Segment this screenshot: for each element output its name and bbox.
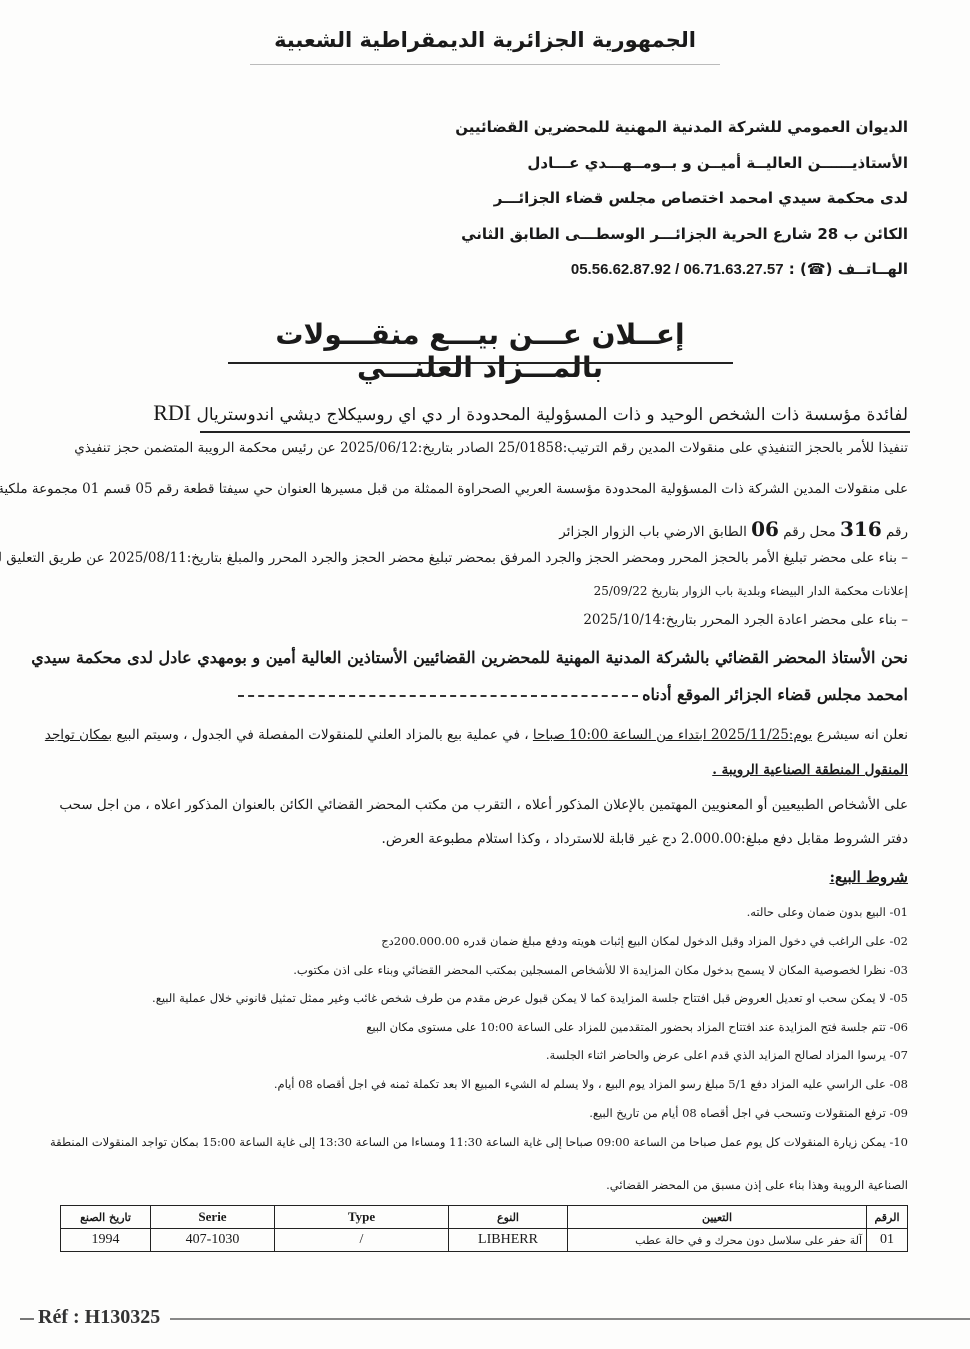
page-title: إعــلان عـــن بيـــع منقـــولات بالمـــز… — [220, 318, 740, 384]
body-line: – بناء على محضر تبليغ الأمر بالحجز المحر… — [58, 550, 908, 566]
cell-brand: LIBHERR — [449, 1229, 568, 1252]
declaration-line: نحن الأستاذ المحضر القضائي بالشركة المدن… — [58, 648, 908, 667]
cell-number: 01 — [867, 1229, 908, 1252]
phone-label: الهــاتــف — [838, 260, 908, 278]
dashed-rule — [238, 695, 638, 697]
phone-numbers: 05.56.62.87.92 / 06.71.63.27.57 — [571, 261, 784, 278]
office-block: الديوان العمومي للشركة المدنية المهنية ل… — [488, 110, 908, 288]
column-header: Serie — [151, 1206, 275, 1229]
text: بمكان تواجد — [45, 727, 112, 743]
items-table: الرقم التعيين النوع Type Serie تاريخ الص… — [60, 1205, 908, 1252]
text: امحمد مجلس قضاء الجزائر الموقع أدناه — [642, 685, 908, 704]
shop-number: 06 — [751, 517, 779, 541]
office-line: الديوان العمومي للشركة المدنية المهنية ل… — [488, 110, 908, 146]
document-page: الجمهورية الجزائرية الديمقراطية الشعبية … — [0, 0, 970, 1349]
condition-item: 10- يمكن زيارة المنقولات كل يوم عمل صباح… — [58, 1135, 908, 1149]
body-line: – بناء على محضر اعادة الجرد المحرر بتاري… — [58, 612, 908, 628]
divider — [170, 1318, 970, 1320]
condition-item: 09- ترفع المنقولات وتسحب في اجل أقصاه 08… — [58, 1106, 908, 1120]
colon: : — [784, 260, 795, 278]
cell-manufacture-year: 1994 — [61, 1229, 151, 1252]
text: ، في عملية بيع بالمزاد العلني للمنقولات … — [116, 727, 528, 743]
office-line: الأستاذيــــــن العاليــة أميــن و بــوم… — [488, 146, 908, 182]
notice-line: على الأشخاص الطبيعيين أو المعنويين المهت… — [58, 797, 908, 813]
cell-type: / — [275, 1229, 449, 1252]
sale-location: المنقول المنطقة الصناعية الرويبة . — [58, 762, 908, 778]
column-header: التعيين — [568, 1206, 867, 1229]
title-underline — [228, 362, 733, 364]
office-line: لدى محكمة سيدي امحمد اختصاص مجلس قضاء ال… — [488, 181, 908, 217]
office-line: الكائن ب 28 شارع الحرية الجزائـــر الوسط… — [488, 217, 908, 253]
announcement-line: نعلن انه سيشرع يوم:2025/11/25 ابتداء من … — [58, 727, 908, 743]
body-line: على منقولات المدين الشركة ذات المسؤولية … — [58, 481, 908, 497]
text: رقم — [886, 524, 908, 540]
condition-item: 06- تتم جلسة فتح المزايدة عند افتتاح الم… — [58, 1020, 908, 1034]
reference-code: Réf : H130325 — [38, 1306, 160, 1329]
cell-description: آلة حفر على سلاسل دون محرك و في حالة عطب — [568, 1229, 867, 1252]
condition-item: 03- نظرا لخصوصية المكان لا يسمح بدخول مك… — [58, 963, 908, 977]
body-line: تنفيذا للأمر بالحجز التنفيذي على منقولات… — [58, 440, 908, 456]
body-line: إعلانات محكمة الدار البيضاء وبلدية باب ا… — [58, 584, 908, 598]
declaration-line: امحمد مجلس قضاء الجزائر الموقع أدناه — [58, 685, 908, 704]
beneficiary-text: لفائدة مؤسسة ذات الشخص الوحيد و ذات المس… — [196, 405, 908, 425]
cell-serie: 407-1030 — [151, 1229, 275, 1252]
body-line: رقم 316 محل رقم 06 الطابق الارضي باب الز… — [58, 517, 908, 541]
condition-item: 05- لا يمكن سحب او تعديل العروض قبل افتت… — [58, 991, 908, 1005]
table-row: 01 آلة حفر على سلاسل دون محرك و في حالة … — [61, 1229, 908, 1252]
plot-number: 316 — [840, 517, 882, 541]
conditions-title: شروط البيع: — [830, 868, 909, 886]
column-header: Type — [275, 1206, 449, 1229]
condition-item: 01- البيع بدون ضمان وعلى حالته. — [58, 905, 908, 919]
text: نعلن انه سيشرع — [817, 727, 908, 743]
text: الطابق الارضي باب الزوار الجزائر — [559, 524, 747, 540]
notice-line: دفتر الشروط مقابل دفع مبلغ:2.000.00 دج غ… — [58, 831, 908, 847]
sale-date: يوم:2025/11/25 ابتداء من الساعة 10:00 صب… — [533, 727, 813, 743]
beneficiary-underline — [200, 431, 910, 433]
text: محل رقم — [783, 524, 835, 540]
divider — [20, 1318, 34, 1320]
condition-item-continued: الصناعية الرويبة وهذا بناء على إذن مسبق … — [58, 1178, 908, 1192]
condition-item: 08- على الراسي عليه المزاد دفع 5/1 مبلغ … — [58, 1077, 908, 1091]
condition-item: 02- على الراغب في دخول المزاد وقبل الدخو… — [58, 934, 908, 948]
phone-line: الهــاتــف (☎) : 05.56.62.87.92 / 06.71.… — [488, 252, 908, 288]
condition-item: 07- يرسوا المزاد لصالح المزايد الذي قدم … — [58, 1048, 908, 1062]
column-header: النوع — [449, 1206, 568, 1229]
column-header: تاريخ الصنع — [61, 1206, 151, 1229]
telephone-icon: (☎) — [800, 260, 832, 278]
beneficiary-acronym: RDI — [153, 400, 191, 425]
column-header: الرقم — [867, 1206, 908, 1229]
beneficiary-line: لفائدة مؤسسة ذات الشخص الوحيد و ذات المس… — [58, 400, 908, 426]
table-header-row: الرقم التعيين النوع Type Serie تاريخ الص… — [61, 1206, 908, 1229]
divider — [250, 64, 720, 65]
country-header: الجمهورية الجزائرية الديمقراطية الشعبية — [0, 28, 970, 52]
